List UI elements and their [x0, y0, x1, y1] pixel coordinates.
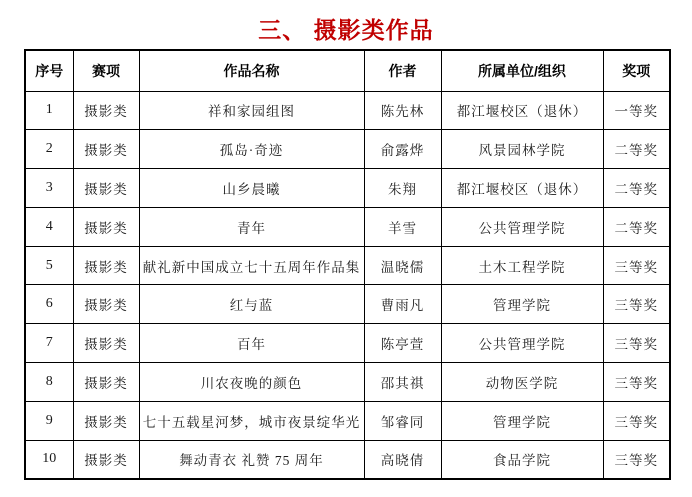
cell-award: 二等奖 — [603, 207, 670, 246]
cell-author: 曹雨凡 — [364, 285, 441, 324]
cell-unit: 都江堰校区（退休） — [441, 91, 603, 130]
document-page: 三、 摄影类作品 序号赛项作品名称作者所属单位/组织奖项 1摄影类祥和家园组图陈… — [0, 0, 692, 497]
page-title: 三、 摄影类作品 — [0, 15, 692, 45]
cell-seq: 6 — [25, 285, 73, 324]
table-row: 5摄影类献礼新中国成立七十五周年作品集温晓儒土木工程学院三等奖 — [25, 246, 670, 285]
cell-award: 一等奖 — [603, 91, 670, 130]
cell-award: 二等奖 — [603, 130, 670, 169]
cell-seq: 7 — [25, 324, 73, 363]
cell-category: 摄影类 — [73, 169, 139, 208]
column-header-work: 作品名称 — [139, 50, 364, 91]
cell-award: 三等奖 — [603, 401, 670, 440]
cell-seq: 3 — [25, 169, 73, 208]
cell-unit: 管理学院 — [441, 285, 603, 324]
cell-work: 献礼新中国成立七十五周年作品集 — [139, 246, 364, 285]
cell-award: 三等奖 — [603, 285, 670, 324]
cell-seq: 8 — [25, 363, 73, 402]
cell-category: 摄影类 — [73, 91, 139, 130]
table-row: 7摄影类百年陈亭萱公共管理学院三等奖 — [25, 324, 670, 363]
cell-category: 摄影类 — [73, 207, 139, 246]
cell-award: 二等奖 — [603, 169, 670, 208]
cell-work: 山乡晨曦 — [139, 169, 364, 208]
table-row: 3摄影类山乡晨曦朱翔都江堰校区（退休）二等奖 — [25, 169, 670, 208]
cell-seq: 9 — [25, 401, 73, 440]
cell-seq: 10 — [25, 440, 73, 479]
cell-work: 川农夜晚的颜色 — [139, 363, 364, 402]
cell-work: 七十五载星河梦，城市夜景绽华光 — [139, 401, 364, 440]
cell-unit: 食品学院 — [441, 440, 603, 479]
cell-author: 高晓倩 — [364, 440, 441, 479]
cell-unit: 动物医学院 — [441, 363, 603, 402]
cell-award: 三等奖 — [603, 324, 670, 363]
cell-category: 摄影类 — [73, 363, 139, 402]
cell-award: 三等奖 — [603, 363, 670, 402]
awards-table: 序号赛项作品名称作者所属单位/组织奖项 1摄影类祥和家园组图陈先林都江堰校区（退… — [24, 49, 671, 480]
table-row: 6摄影类红与蓝曹雨凡管理学院三等奖 — [25, 285, 670, 324]
cell-category: 摄影类 — [73, 401, 139, 440]
cell-author: 陈先林 — [364, 91, 441, 130]
cell-work: 孤岛·奇迹 — [139, 130, 364, 169]
table-header-row: 序号赛项作品名称作者所属单位/组织奖项 — [25, 50, 670, 91]
table-row: 9摄影类七十五载星河梦，城市夜景绽华光邹睿同管理学院三等奖 — [25, 401, 670, 440]
cell-unit: 公共管理学院 — [441, 207, 603, 246]
cell-unit: 管理学院 — [441, 401, 603, 440]
cell-work: 青年 — [139, 207, 364, 246]
cell-author: 陈亭萱 — [364, 324, 441, 363]
column-header-category: 赛项 — [73, 50, 139, 91]
cell-author: 朱翔 — [364, 169, 441, 208]
cell-work: 舞动青衣 礼赞 75 周年 — [139, 440, 364, 479]
table-row: 4摄影类青年羊雪公共管理学院二等奖 — [25, 207, 670, 246]
cell-author: 邵其祺 — [364, 363, 441, 402]
cell-category: 摄影类 — [73, 285, 139, 324]
table-row: 2摄影类孤岛·奇迹俞露烨风景园林学院二等奖 — [25, 130, 670, 169]
table-row: 10摄影类舞动青衣 礼赞 75 周年高晓倩食品学院三等奖 — [25, 440, 670, 479]
cell-unit: 风景园林学院 — [441, 130, 603, 169]
cell-author: 温晓儒 — [364, 246, 441, 285]
cell-category: 摄影类 — [73, 130, 139, 169]
cell-seq: 2 — [25, 130, 73, 169]
cell-category: 摄影类 — [73, 246, 139, 285]
table-row: 8摄影类川农夜晚的颜色邵其祺动物医学院三等奖 — [25, 363, 670, 402]
column-header-award: 奖项 — [603, 50, 670, 91]
cell-work: 百年 — [139, 324, 364, 363]
cell-award: 三等奖 — [603, 440, 670, 479]
table-row: 1摄影类祥和家园组图陈先林都江堰校区（退休）一等奖 — [25, 91, 670, 130]
cell-seq: 1 — [25, 91, 73, 130]
cell-seq: 4 — [25, 207, 73, 246]
cell-author: 羊雪 — [364, 207, 441, 246]
cell-award: 三等奖 — [603, 246, 670, 285]
cell-author: 邹睿同 — [364, 401, 441, 440]
column-header-unit: 所属单位/组织 — [441, 50, 603, 91]
cell-seq: 5 — [25, 246, 73, 285]
column-header-author: 作者 — [364, 50, 441, 91]
cell-work: 祥和家园组图 — [139, 91, 364, 130]
cell-category: 摄影类 — [73, 324, 139, 363]
cell-unit: 公共管理学院 — [441, 324, 603, 363]
column-header-seq: 序号 — [25, 50, 73, 91]
cell-author: 俞露烨 — [364, 130, 441, 169]
cell-unit: 土木工程学院 — [441, 246, 603, 285]
cell-work: 红与蓝 — [139, 285, 364, 324]
cell-unit: 都江堰校区（退休） — [441, 169, 603, 208]
cell-category: 摄影类 — [73, 440, 139, 479]
